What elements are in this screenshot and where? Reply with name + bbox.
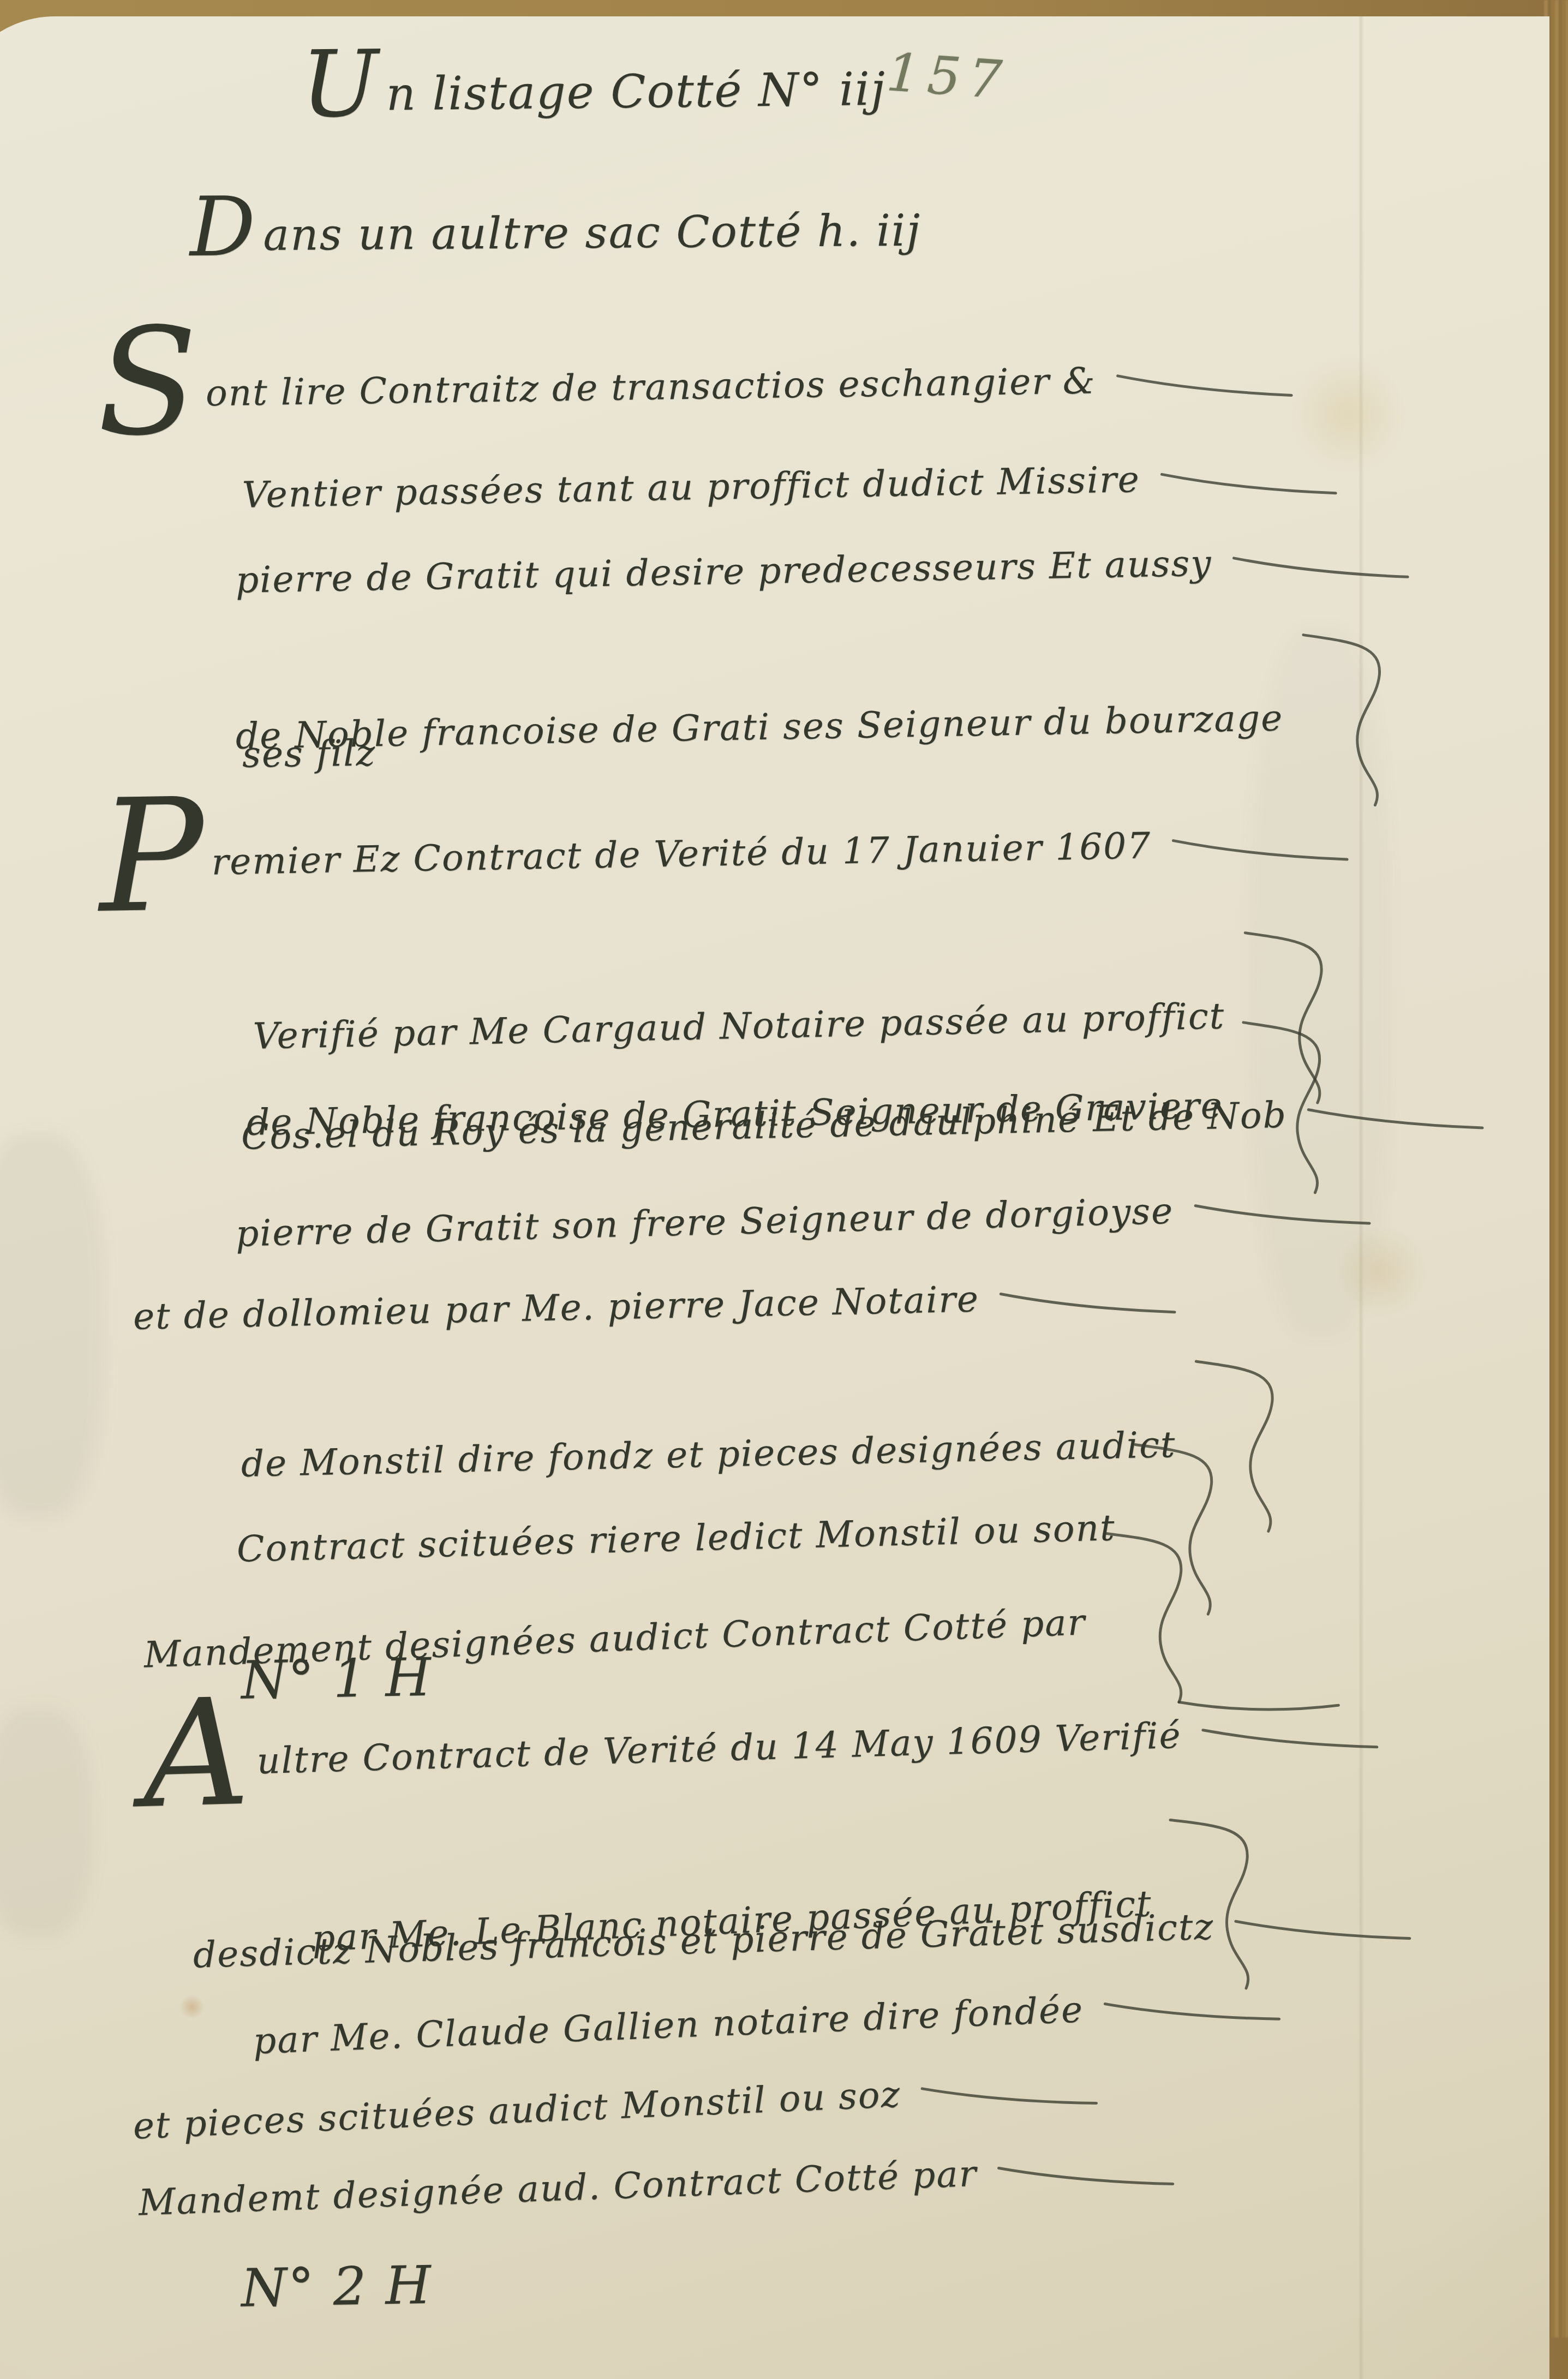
line-tail-flourish xyxy=(1200,1712,1381,1759)
heading-line: Un listage Cotté N° iij xyxy=(301,63,905,120)
line-text: N° 2 H xyxy=(241,2255,433,2319)
verso-show-through xyxy=(0,1708,93,1937)
line-initial: P xyxy=(99,855,205,857)
line-text: N° 1 H xyxy=(241,1647,433,1711)
manuscript-photo: 157 Un listage Cotté N° iij Dans un ault… xyxy=(0,0,1568,2338)
line-text: ans un aultre sac Cotté h. iij xyxy=(263,205,921,260)
line-initial: A xyxy=(142,1753,250,1756)
line-initial: U xyxy=(301,84,380,85)
line-tail-flourish xyxy=(919,2068,1100,2117)
line-tail-flourish xyxy=(1170,824,1350,869)
line-tail-flourish xyxy=(995,2149,1176,2196)
manuscript-line: de Noble francoise de Grati ses Seigneur… xyxy=(228,628,1396,830)
heading-line: Dans un aultre sac Cotté h. iij xyxy=(190,206,940,260)
line-tail-flourish xyxy=(997,1277,1178,1323)
manuscript-line: N° 1 H xyxy=(234,1648,451,1709)
line-tail-flourish xyxy=(1305,1093,1486,1138)
verso-show-through xyxy=(0,1135,104,1517)
line-text: n listage Cotté N° iij xyxy=(386,62,886,121)
line-tail-flourish xyxy=(1114,360,1295,404)
line-tail-flourish xyxy=(1101,1520,1342,1721)
manuscript-line: N° 2 H xyxy=(234,2256,451,2317)
line-initial: S xyxy=(97,381,199,383)
line-initial: D xyxy=(190,227,256,228)
line-tail-flourish xyxy=(1102,1984,1283,2033)
line-tail-flourish xyxy=(1300,628,1396,812)
line-tail-flourish xyxy=(1192,1188,1373,1234)
line-tail-flourish xyxy=(1167,1811,1267,1997)
line-text: ses filz xyxy=(242,732,376,775)
manuscript-line: ses filz xyxy=(235,733,394,775)
line-tail-flourish xyxy=(1232,1903,1413,1950)
line-tail-flourish xyxy=(1158,458,1339,503)
line-tail-flourish xyxy=(1230,542,1411,587)
